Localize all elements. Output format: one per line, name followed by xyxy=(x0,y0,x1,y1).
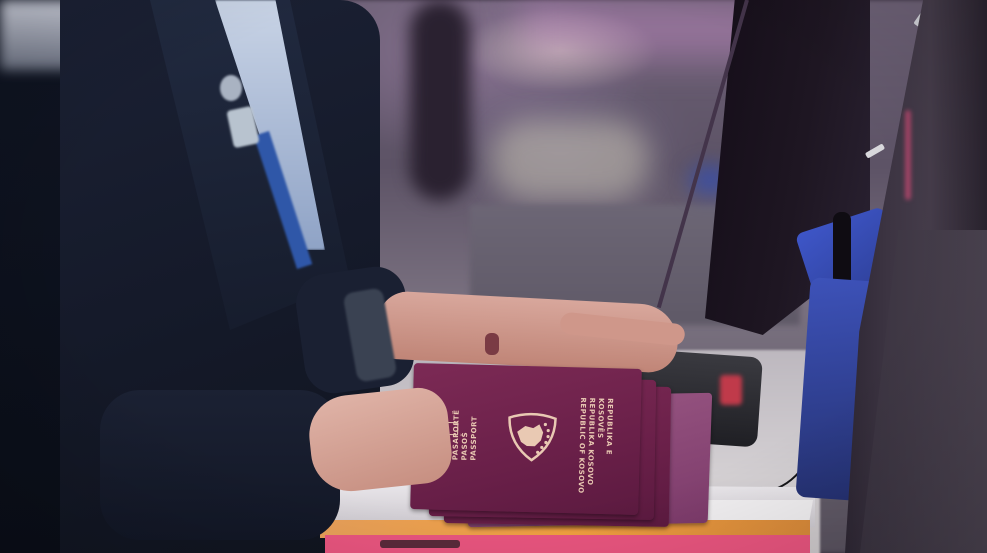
background-lamp xyxy=(490,120,650,200)
title-line-2: PASOŠ xyxy=(460,432,469,461)
ring xyxy=(485,333,499,355)
photo-scene: REPUBLIKA E KOSOVËS REPUBLIKA KOSOVO REP… xyxy=(0,0,987,553)
country-line-1: REPUBLIKA E KOSOVËS xyxy=(596,398,614,455)
agent-sleeve-lower xyxy=(100,390,340,540)
passport-country-text: REPUBLIKA E KOSOVËS REPUBLIKA KOSOVO REP… xyxy=(575,397,614,498)
background-object xyxy=(410,0,470,200)
agent-hand-holding-passports xyxy=(305,385,454,495)
document-print xyxy=(380,540,460,548)
country-line-2: REPUBLIKA KOSOVO xyxy=(586,398,596,486)
badge-pin-icon xyxy=(220,75,242,101)
kosovo-coat-of-arms-icon xyxy=(504,411,559,462)
title-line-3: PASSPORT xyxy=(469,416,478,461)
monitor-rim-light xyxy=(905,110,911,200)
